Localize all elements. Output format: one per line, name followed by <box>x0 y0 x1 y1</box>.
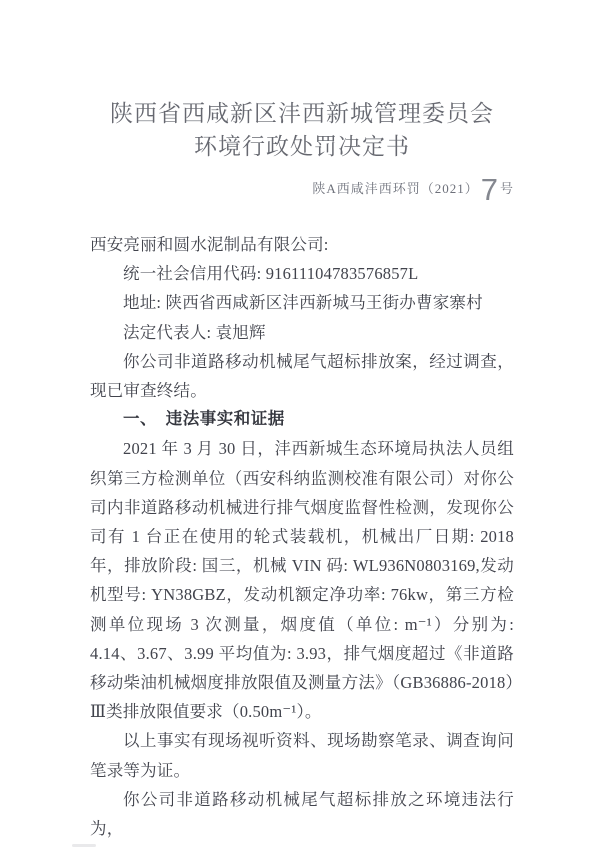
doc-number-suffix: 号 <box>500 178 514 197</box>
intro-paragraph: 你公司非道路移动机械尾气超标排放案，经过调查，现已审查终结。 <box>90 347 514 405</box>
section1-heading: 一、 违法事实和证据 <box>90 405 514 434</box>
document-page: 陕西省西咸新区沣西新城管理委员会 环境行政处罚决定书 陕A西咸沣西环罚（2021… <box>0 0 600 849</box>
scan-artifact-smudge <box>72 844 96 847</box>
document-title: 陕西省西咸新区沣西新城管理委员会 环境行政处罚决定书 <box>90 97 514 163</box>
closing-paragraph: 你公司非道路移动机械尾气超标排放之环境违法行为， <box>90 785 514 843</box>
recipient-name-line: 西安亮丽和圆水泥制品有限公司: <box>90 230 514 259</box>
doc-number-prefix: 陕A西咸沣西环罚（2021） <box>312 178 478 197</box>
legal-rep-line: 法定代表人: 袁旭辉 <box>90 318 514 347</box>
credit-code-line: 统一社会信用代码: 91611104783576857L <box>90 259 514 288</box>
address-line: 地址: 陕西省西咸新区沣西新城马王街办曹家寨村 <box>90 288 514 317</box>
document-title-line1: 陕西省西咸新区沣西新城管理委员会 <box>90 97 514 130</box>
doc-number-handwritten-digit: 7 <box>481 175 499 205</box>
document-body: 西安亮丽和圆水泥制品有限公司: 统一社会信用代码: 91611104783576… <box>90 230 514 843</box>
document-title-line2: 环境行政处罚决定书 <box>90 130 514 163</box>
evidence-paragraph: 以上事实有现场视听资料、现场勘察笔录、调查询问笔录等为证。 <box>90 726 514 784</box>
facts-paragraph: 2021 年 3 月 30 日，沣西新城生态环境局执法人员组织第三方检测单位（西… <box>90 434 514 726</box>
doc-number: 陕A西咸沣西环罚（2021）7号 <box>90 172 514 206</box>
